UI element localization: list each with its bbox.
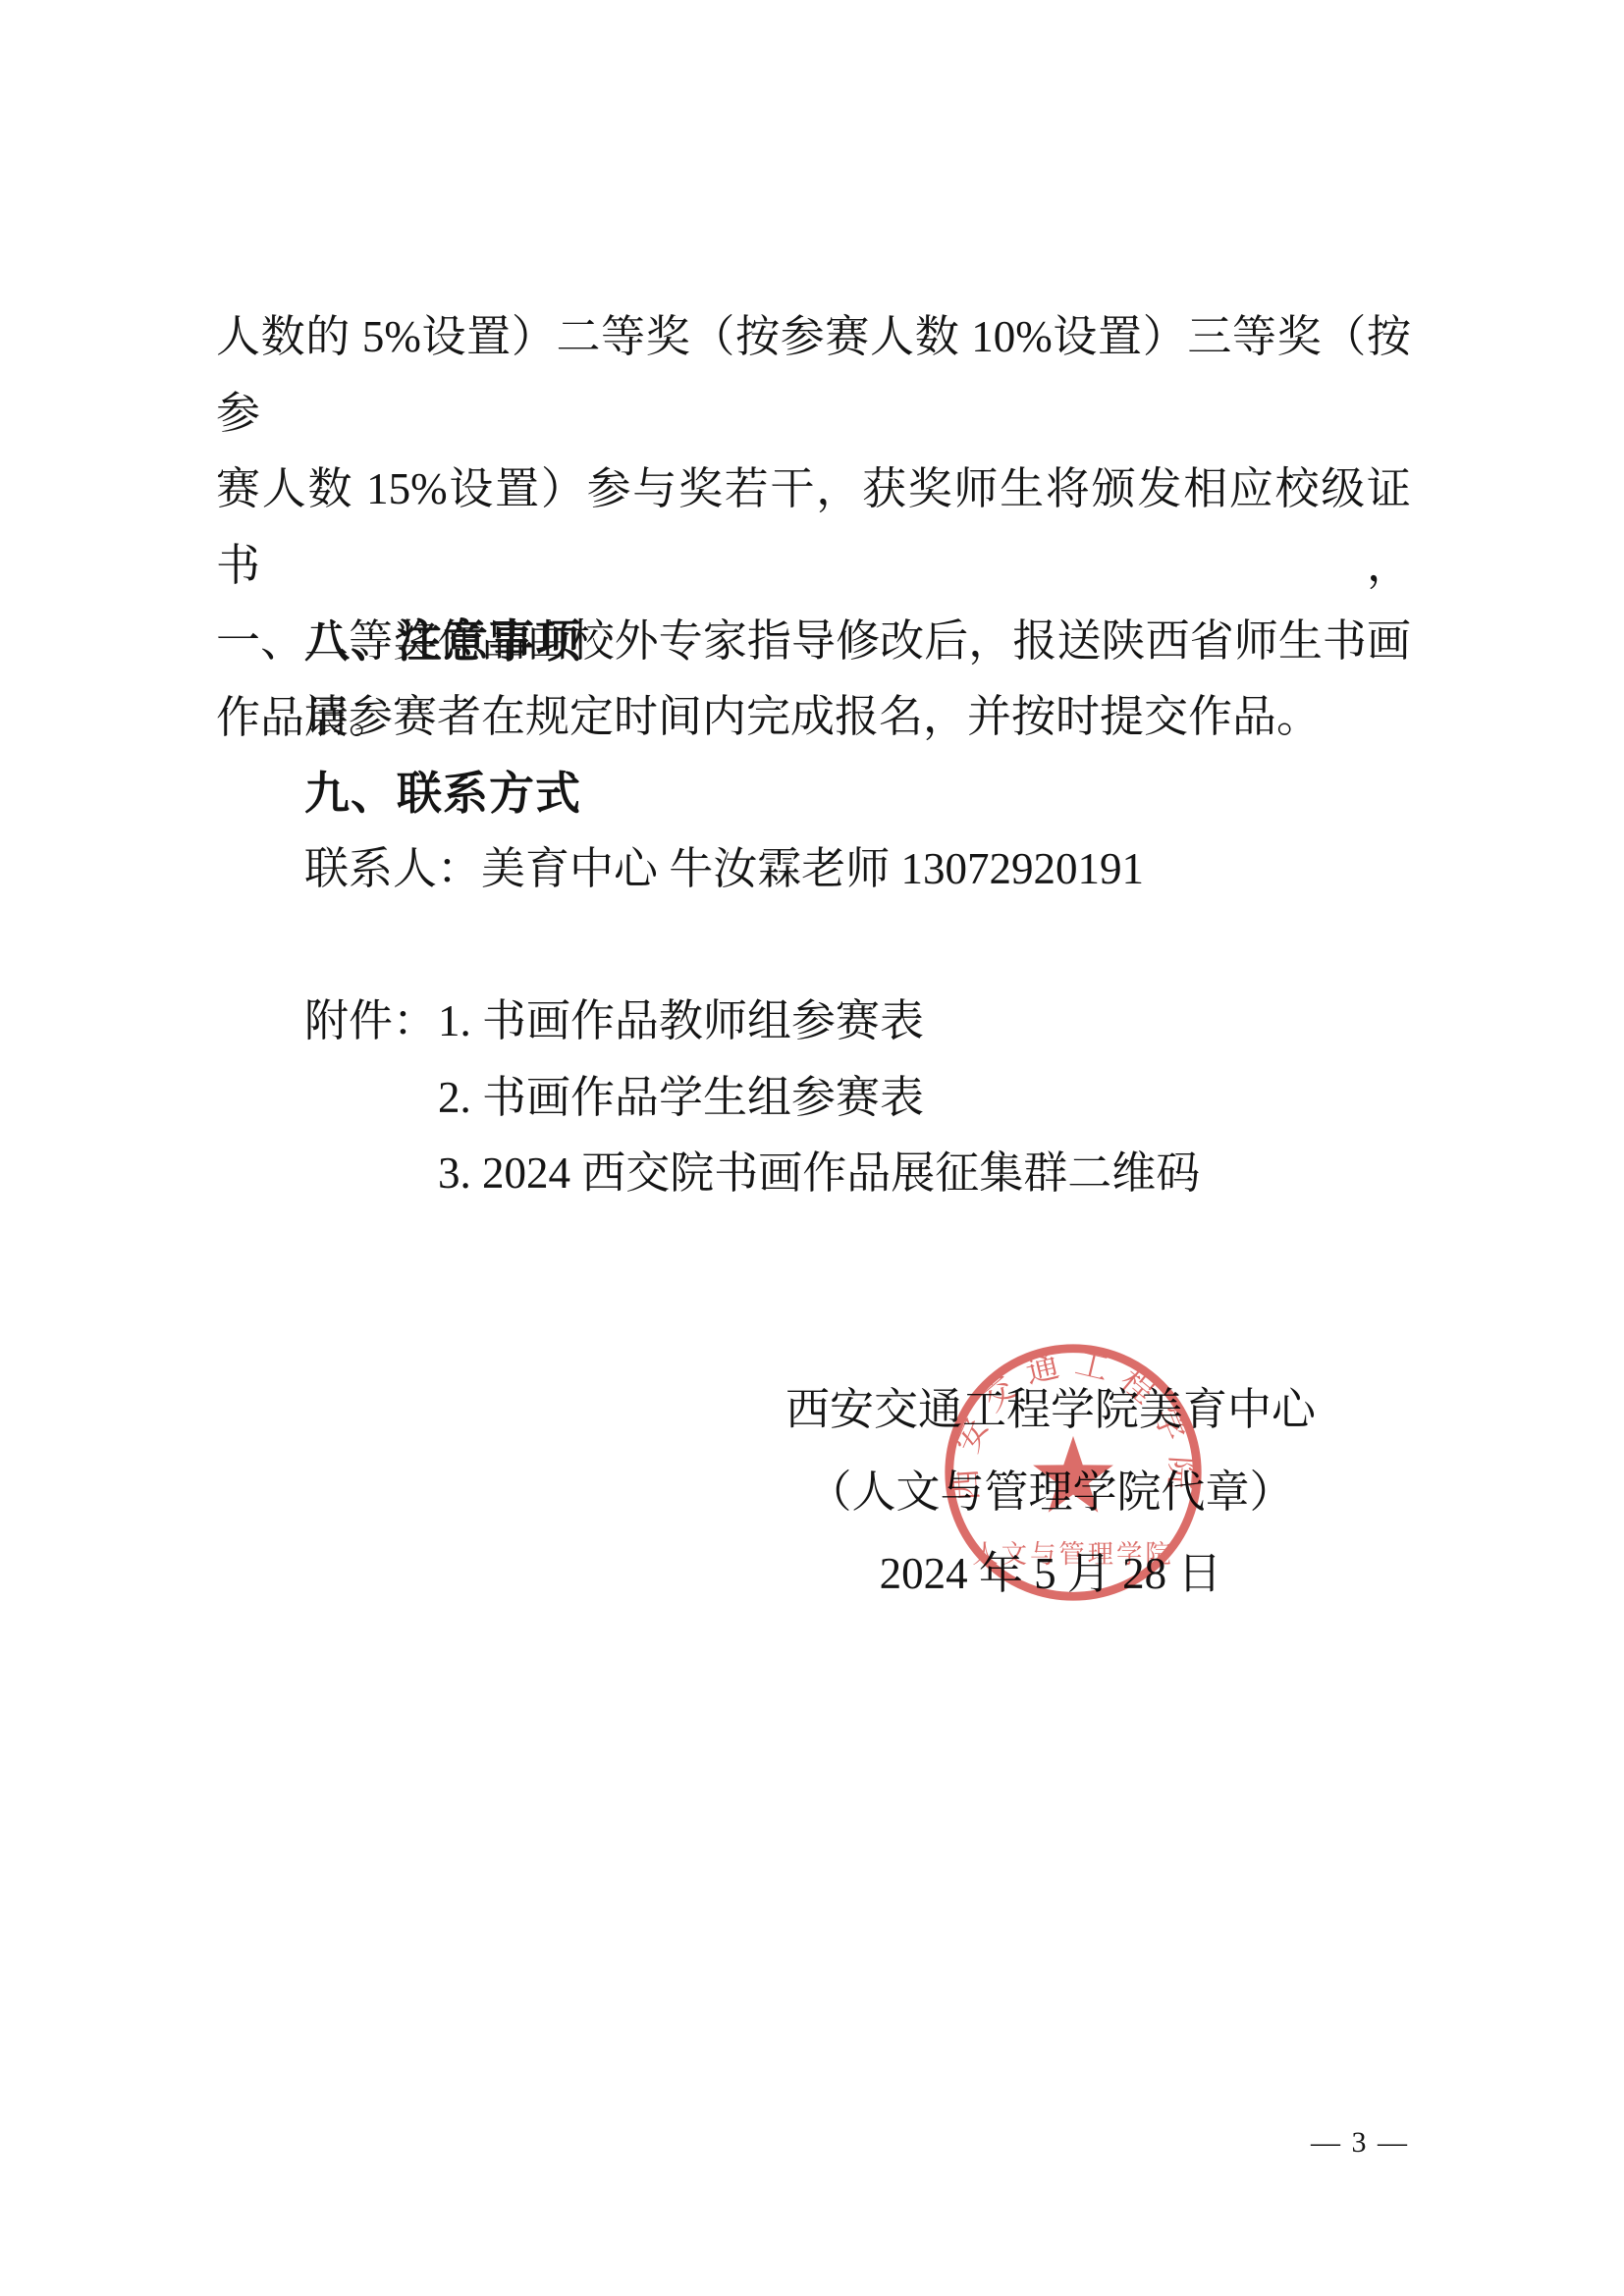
signature-org: 西安交通工程学院美育中心 <box>628 1369 1473 1452</box>
section-heading-8: 八、注意事项 <box>304 604 581 680</box>
body-line: 人数的 5%设置）二等奖（按参赛人数 10%设置）三等奖（按参 <box>216 299 1411 452</box>
contact-line: 联系人：美育中心 牛汝霖老师 13072920191 <box>304 831 1144 908</box>
section-heading-9: 九、联系方式 <box>304 756 581 832</box>
section-body-8: 请参赛者在规定时间内完成报名，并按时提交作品。 <box>304 679 1321 756</box>
attachments-label: 附件： <box>304 984 437 1060</box>
document-page: 人数的 5%设置）二等奖（按参赛人数 10%设置）三等奖（按参 赛人数 15%设… <box>0 0 1624 2296</box>
attachment-item: 3. 2024 西交院书画作品展征集群二维码 <box>438 1136 1200 1212</box>
page-number: — 3 — <box>1296 2126 1424 2160</box>
signature-date: 2024 年 5 月 28 日 <box>628 1533 1473 1616</box>
body-line: 赛人数 15%设置）参与奖若干，获奖师生将颁发相应校级证书， <box>216 452 1411 604</box>
signature-block: 西安交通工程学院美育中心 （人文与管理学院代章） 2024 年 5 月 28 日 <box>628 1369 1473 1616</box>
attachment-item: 2. 书画作品学生组参赛表 <box>438 1060 924 1137</box>
attachment-item: 1. 书画作品教师组参赛表 <box>438 984 924 1060</box>
signature-note: （人文与管理学院代章） <box>628 1452 1473 1534</box>
